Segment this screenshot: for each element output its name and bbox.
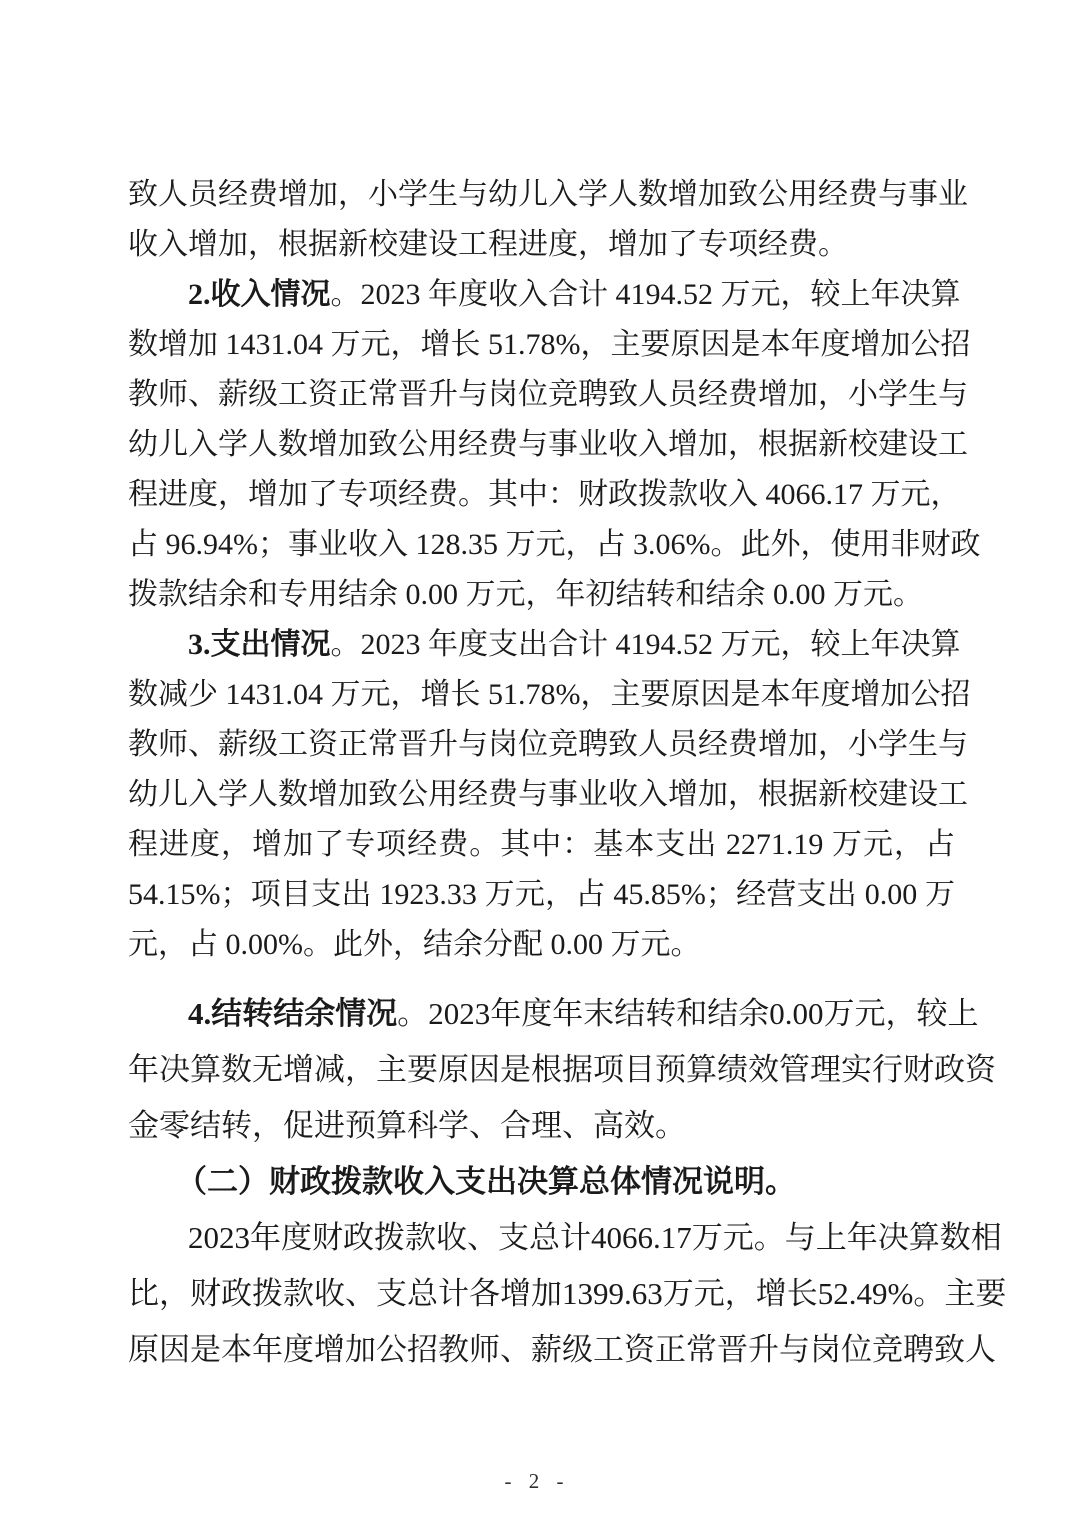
document-page: 致人员经费增加，小学生与幼儿入学人数增加致公用经费与事业收入增加，根据新校建设工… xyxy=(0,0,1074,1520)
page-number: - 2 - xyxy=(0,1466,1074,1496)
text-line: 比，财政拨款收、支总计各增加1399.63万元，增长52.49%。主要 xyxy=(128,1266,955,1322)
paragraph-lead-bold: 2.收入情况 xyxy=(188,278,331,311)
text-line: 程进度，增加了专项经费。其中：基本支出 2271.19 万元，占 xyxy=(128,820,955,870)
text-line: 4.结转结余情况。2023年度年末结转和结余0.00万元，较上 xyxy=(128,986,955,1042)
text-line: 数增加 1431.04 万元，增长 51.78%，主要原因是本年度增加公招 xyxy=(128,320,955,370)
text-line: 占 96.94%；事业收入 128.35 万元，占 3.06%。此外，使用非财政 xyxy=(128,520,955,570)
paragraph-fiscal-appropriation-heading: （二）财政拨款收入支出决算总体情况说明。 xyxy=(128,1154,955,1210)
text-line: （二）财政拨款收入支出决算总体情况说明。 xyxy=(128,1154,955,1210)
text-line: 数减少 1431.04 万元，增长 51.78%，主要原因是本年度增加公招 xyxy=(128,670,955,720)
paragraph-lead-bold: （二）财政拨款收入支出决算总体情况说明。 xyxy=(176,1164,796,1199)
paragraph-lead-bold: 3.支出情况 xyxy=(188,628,331,661)
text-line: 金零结转，促进预算科学、合理、高效。 xyxy=(128,1098,955,1154)
paragraph-fiscal-appropriation-total: 2023年度财政拨款收、支总计4066.17万元。与上年决算数相比，财政拨款收、… xyxy=(128,1210,955,1378)
text-line: 拨款结余和专用结余 0.00 万元，年初结转和结余 0.00 万元。 xyxy=(128,570,955,620)
text-line: 年决算数无增减，主要原因是根据项目预算绩效管理实行财政资 xyxy=(128,1042,955,1098)
text-line: 2023年度财政拨款收、支总计4066.17万元。与上年决算数相 xyxy=(128,1210,955,1266)
text-line: 致人员经费增加，小学生与幼儿入学人数增加致公用经费与事业 xyxy=(128,170,955,220)
text-line: 2.收入情况。2023 年度收入合计 4194.52 万元，较上年决算 xyxy=(128,270,955,320)
text-line: 收入增加，根据新校建设工程进度，增加了专项经费。 xyxy=(128,220,955,270)
text-line: 3.支出情况。2023 年度支出合计 4194.52 万元，较上年决算 xyxy=(128,620,955,670)
paragraph-lead-bold: 4.结转结余情况 xyxy=(188,996,397,1031)
text-line: 54.15%；项目支出 1923.33 万元，占 45.85%；经营支出 0.0… xyxy=(128,870,955,920)
paragraph-income-situation: 2.收入情况。2023 年度收入合计 4194.52 万元，较上年决算数增加 1… xyxy=(128,270,955,620)
paragraph-carryover-balance-situation: 4.结转结余情况。2023年度年末结转和结余0.00万元，较上年决算数无增减，主… xyxy=(128,986,955,1154)
text-line: 程进度，增加了专项经费。其中：财政拨款收入 4066.17 万元， xyxy=(128,470,955,520)
document-body: 致人员经费增加，小学生与幼儿入学人数增加致公用经费与事业收入增加，根据新校建设工… xyxy=(128,170,955,1378)
text-line: 元，占 0.00%。此外，结余分配 0.00 万元。 xyxy=(128,920,955,970)
text-line: 原因是本年度增加公招教师、薪级工资正常晋升与岗位竞聘致人 xyxy=(128,1322,955,1378)
paragraph-expenditure-situation: 3.支出情况。2023 年度支出合计 4194.52 万元，较上年决算数减少 1… xyxy=(128,620,955,970)
text-line: 教师、薪级工资正常晋升与岗位竞聘致人员经费增加，小学生与 xyxy=(128,720,955,770)
paragraph-previous-page-continuation: 致人员经费增加，小学生与幼儿入学人数增加致公用经费与事业收入增加，根据新校建设工… xyxy=(128,170,955,270)
section-carryover-and-fiscal-appropriation: 4.结转结余情况。2023年度年末结转和结余0.00万元，较上年决算数无增减，主… xyxy=(128,986,955,1378)
section-budget-overview: 致人员经费增加，小学生与幼儿入学人数增加致公用经费与事业收入增加，根据新校建设工… xyxy=(128,170,955,970)
text-line: 幼儿入学人数增加致公用经费与事业收入增加，根据新校建设工 xyxy=(128,420,955,470)
text-line: 教师、薪级工资正常晋升与岗位竞聘致人员经费增加，小学生与 xyxy=(128,370,955,420)
text-line: 幼儿入学人数增加致公用经费与事业收入增加，根据新校建设工 xyxy=(128,770,955,820)
